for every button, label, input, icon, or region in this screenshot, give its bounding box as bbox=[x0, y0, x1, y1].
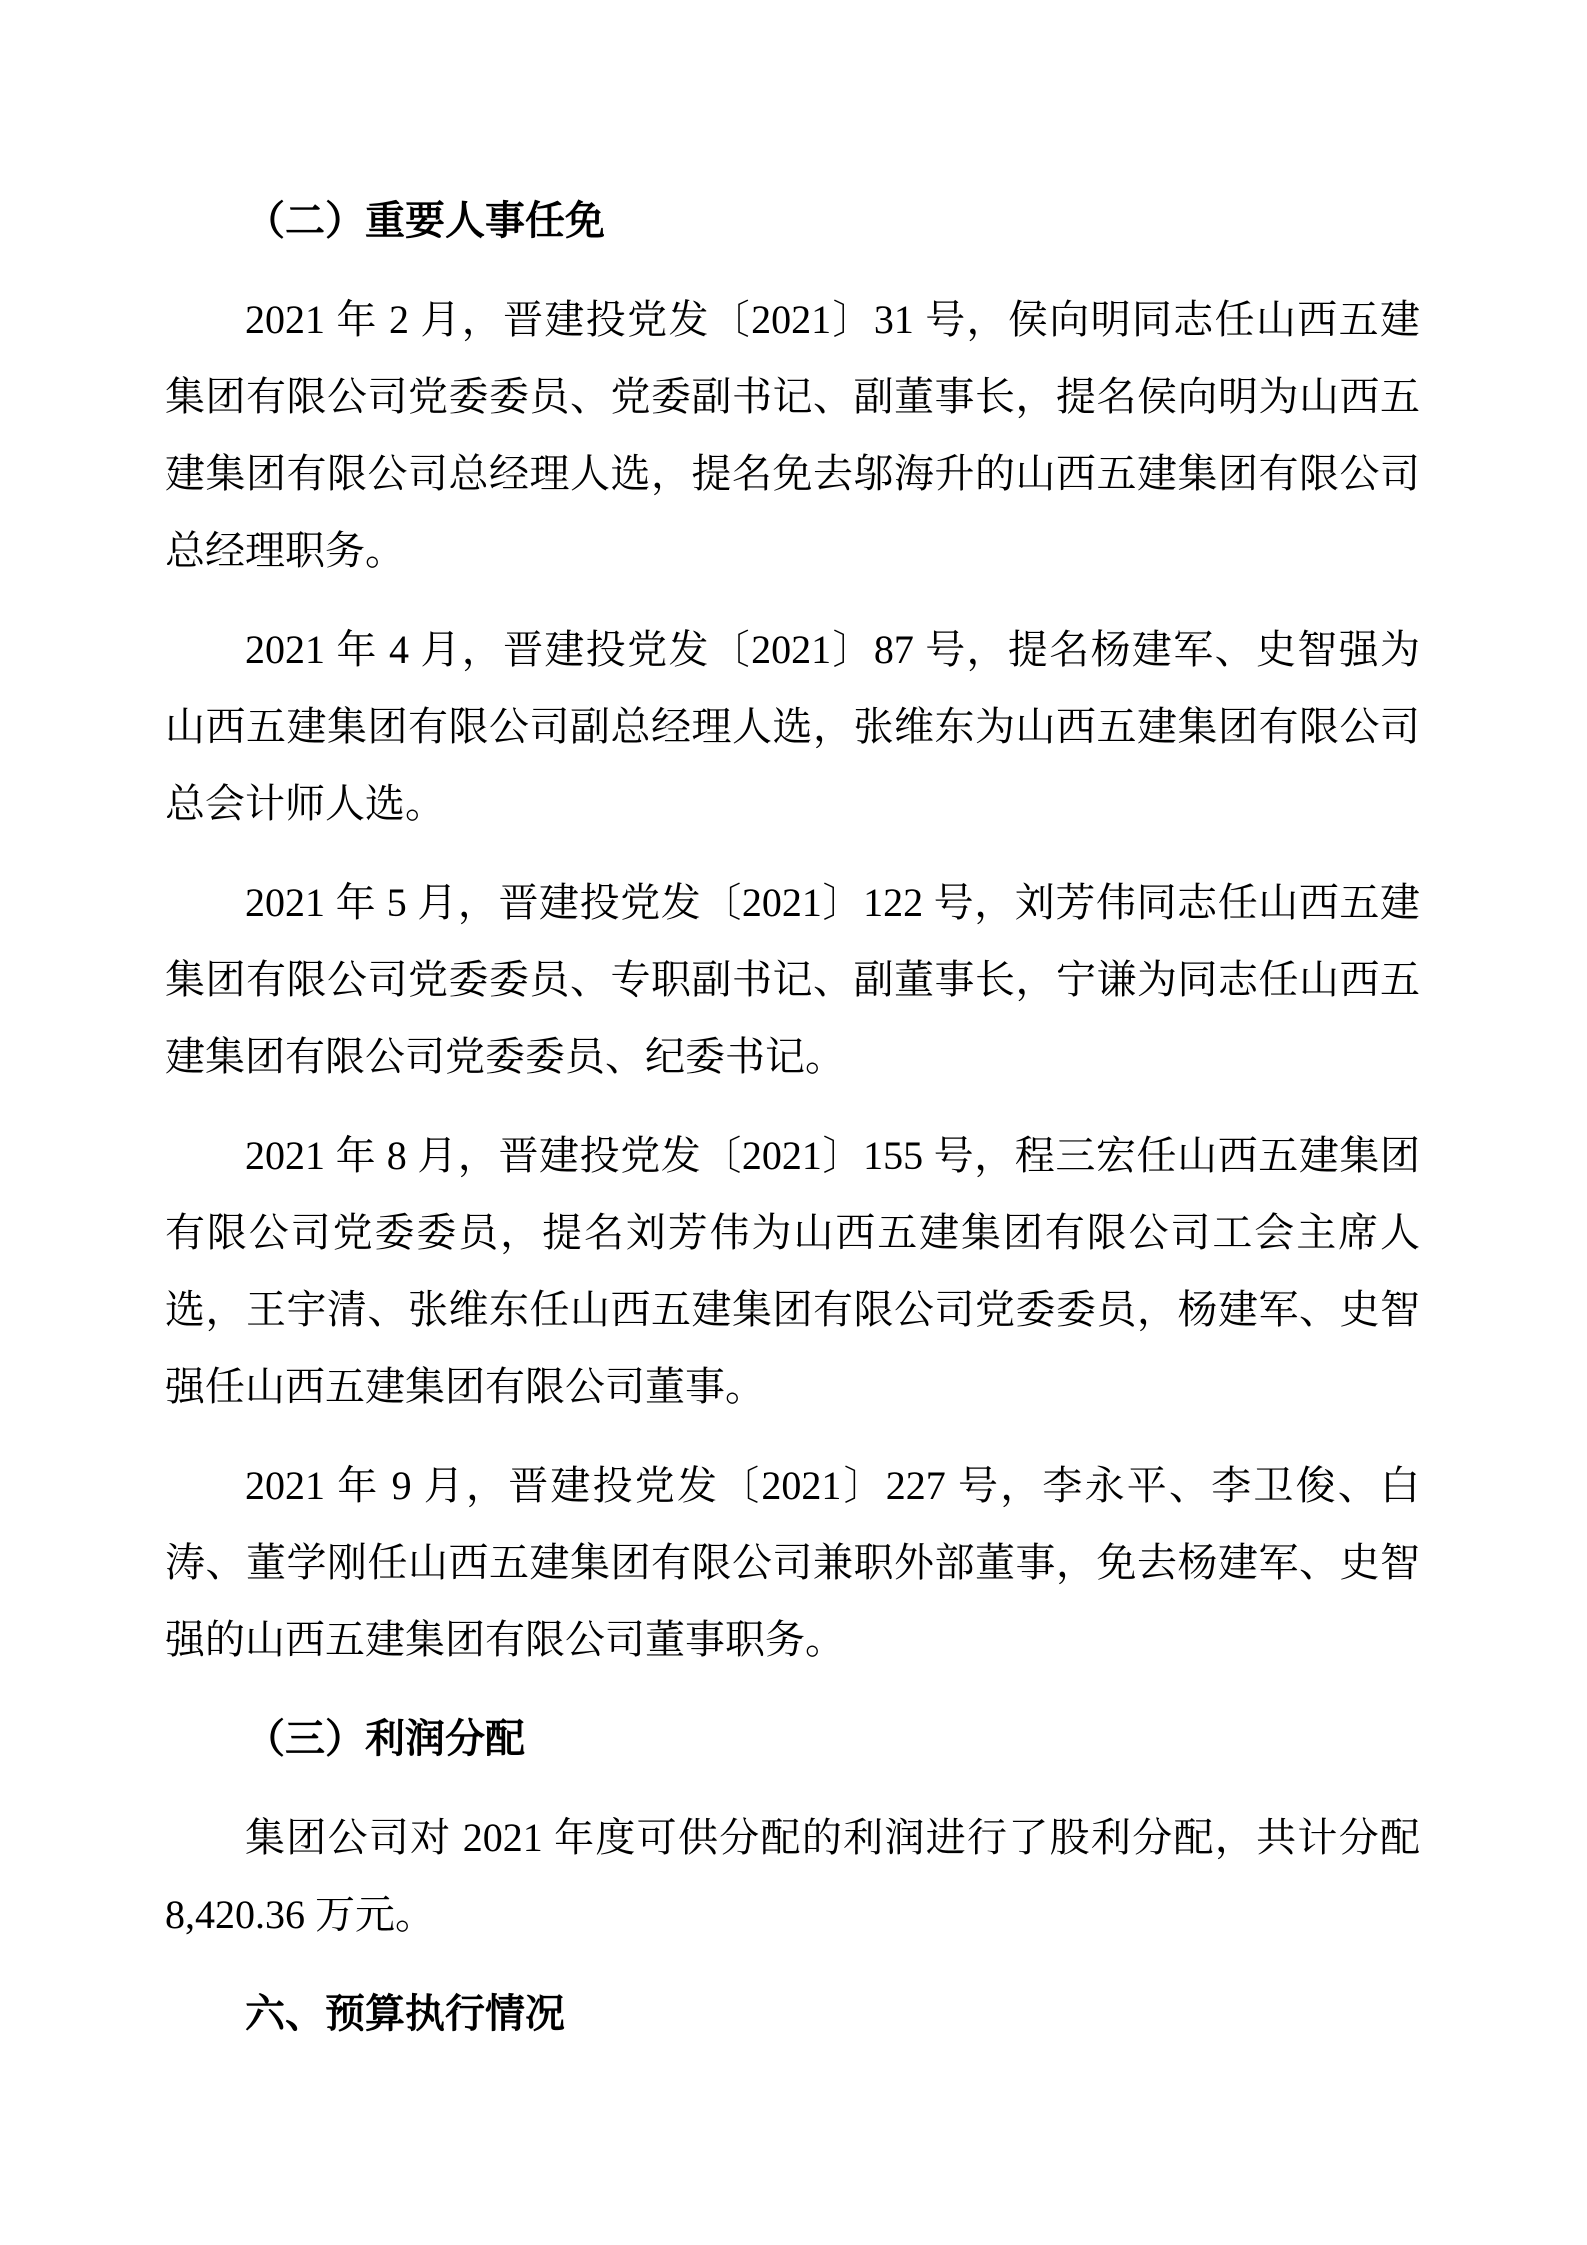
paragraph-appointment-april: 2021 年 4 月，晋建投党发〔2021〕87 号，提名杨建军、史智强为山西五… bbox=[165, 611, 1420, 842]
paragraph-profit-distribution: 集团公司对 2021 年度可供分配的利润进行了股利分配，共计分配 8,420.3… bbox=[165, 1799, 1420, 1953]
section-heading-profit-distribution: （三）利润分配 bbox=[165, 1700, 1420, 1777]
section-heading-budget-execution: 六、预算执行情况 bbox=[165, 1975, 1420, 2052]
paragraph-appointment-may: 2021 年 5 月，晋建投党发〔2021〕122 号，刘芳伟同志任山西五建集团… bbox=[165, 864, 1420, 1095]
paragraph-appointment-august: 2021 年 8 月，晋建投党发〔2021〕155 号，程三宏任山西五建集团有限… bbox=[165, 1117, 1420, 1425]
paragraph-appointment-february: 2021 年 2 月，晋建投党发〔2021〕31 号，侯向明同志任山西五建集团有… bbox=[165, 281, 1420, 589]
paragraph-appointment-september: 2021 年 9 月，晋建投党发〔2021〕227 号，李永平、李卫俊、白涛、董… bbox=[165, 1447, 1420, 1678]
document-page: （二）重要人事任免 2021 年 2 月，晋建投党发〔2021〕31 号，侯向明… bbox=[0, 0, 1587, 2245]
section-heading-personnel-appointments: （二）重要人事任免 bbox=[165, 182, 1420, 259]
